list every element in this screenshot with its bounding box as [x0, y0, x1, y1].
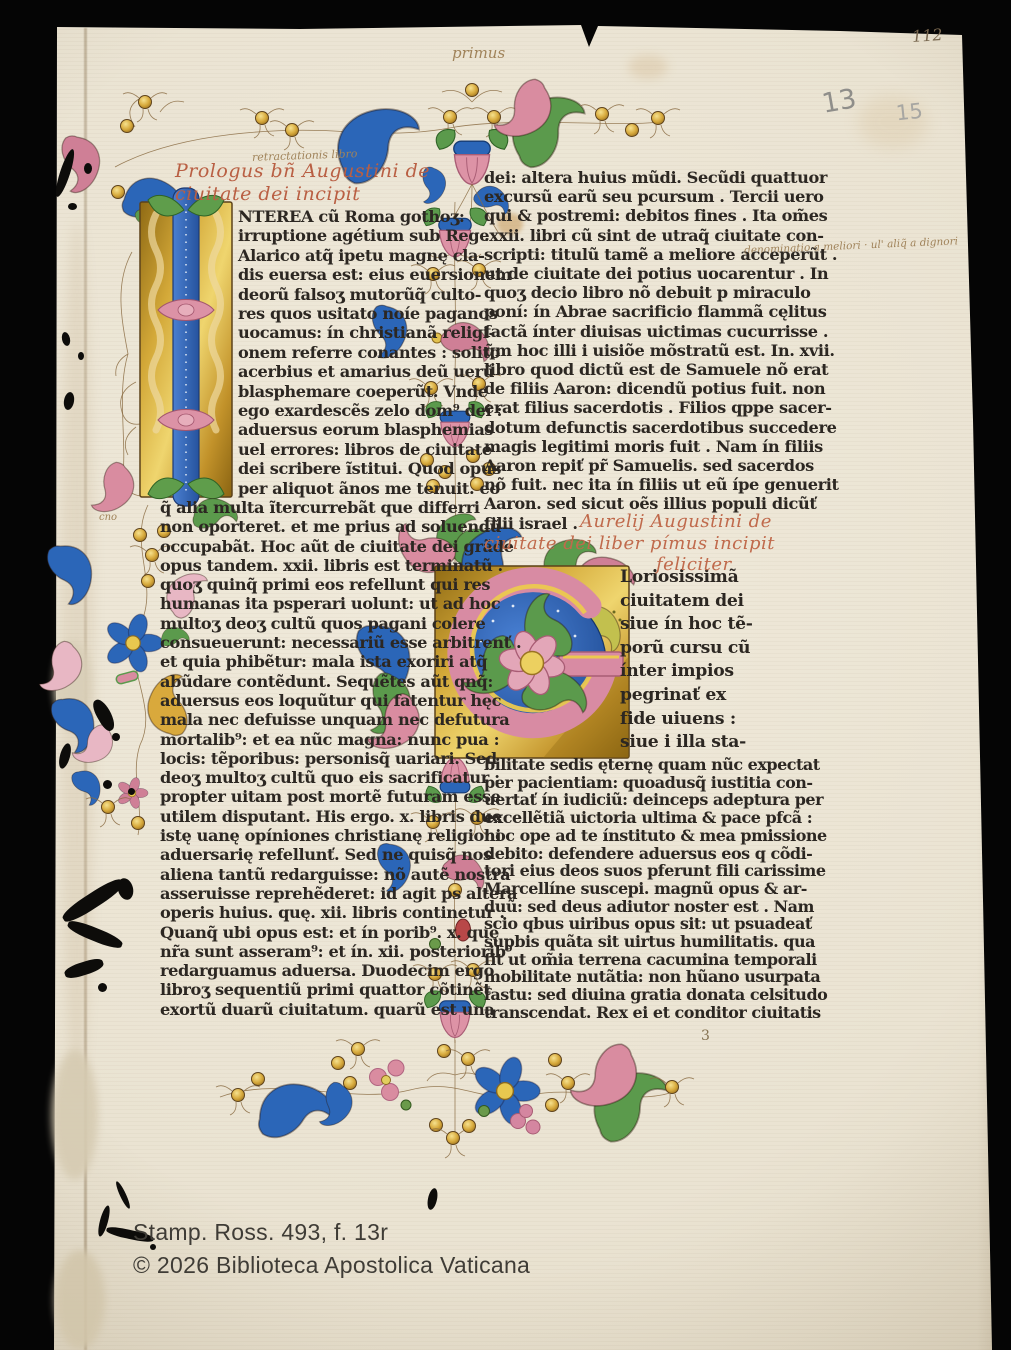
- text-line: nr̃a sunt asseram⁹: et ín. xii. posterio…: [160, 942, 444, 961]
- text-line: pegrinať ex: [620, 684, 744, 708]
- text-line: Marcellíne suscepi. magnũ opus & ar-: [484, 880, 742, 898]
- text-line: erat filius sacerdotis . Filios qppe sac…: [484, 398, 742, 417]
- text-line: ciuitate dei liber pímus incipit: [484, 533, 775, 555]
- text-line: fit ut om̃ia terrena cacumina temporali: [484, 951, 742, 969]
- text-line: excursũ earũ seu pcursum . Tercii uero: [484, 187, 742, 206]
- right-column-text-lower: bilitate sedis ęternę quam nũc expectatp…: [484, 756, 742, 1022]
- text-line: res quos usitato noíe paganos: [238, 304, 444, 323]
- right-column-rubric: Aurelij Augustini deciuitate dei liber p…: [484, 511, 775, 576]
- text-line: propter uitam post mortẽ futuram esse: [160, 787, 444, 806]
- text-line: asseruisse reprehẽderet: id agit ps alte…: [160, 884, 444, 903]
- ink-stain: [84, 163, 92, 174]
- text-line: onem referre conantes : solito: [238, 343, 444, 362]
- text-line: dei scribere ĩstitui. Quod opus: [238, 459, 444, 478]
- text-line: debito: defendere aduersus eos q cõdi-: [484, 845, 742, 863]
- text-line: nõ fuit. nec ita ín filiis ut eũ ípe gen…: [484, 475, 742, 494]
- text-line: scripti: titulũ tamẽ a meliore acceperũt…: [484, 245, 742, 264]
- text-line: q̃m hoc illi i uisiõe mõstratũ est. In. …: [484, 341, 742, 360]
- text-line: Quanq̃ ubi opus est: et ín porib⁹. x. qu…: [160, 923, 444, 942]
- text-line: ciuitatem dei: [620, 590, 744, 614]
- text-line: siue i illa sta-: [620, 731, 744, 755]
- text-line: humanas ita psperari uolunt: ut ad hoc: [160, 594, 444, 613]
- ink-stain: [68, 203, 77, 210]
- left-column-text-beside-initial: NTEREA cũ Roma gothoʒ:irruptione agétium…: [238, 207, 444, 498]
- paper-damage: [52, 1050, 98, 1180]
- text-line: hoc ope ad te ínstituto & mea pmissione: [484, 827, 742, 845]
- text-line: porũ cursu cũ: [620, 637, 744, 661]
- text-line: deoʒ multoʒ cultũ quo eis sacrificatur :: [160, 768, 444, 787]
- text-line: non oporteret. et me prius ad soluendũ: [160, 517, 444, 536]
- text-line: mobilitate nutãtia: non hũano usurpata: [484, 968, 742, 986]
- text-line: ínter impios: [620, 660, 744, 684]
- text-line: ego exardescẽs zelo dom⁹ dei :: [238, 401, 444, 420]
- text-line: feliciter: [656, 554, 775, 576]
- text-line: Aurelij Augustini de: [580, 511, 775, 533]
- text-line: libro quod dictũ est de Samuele nõ erat: [484, 360, 742, 379]
- text-line: uertať ín iudiciũ: deinceps adeptura per: [484, 791, 742, 809]
- text-line: dei: altera huius mũdi. Secũdi quattuor: [484, 168, 742, 187]
- text-line: aduersus eorum blasphemias: [238, 420, 444, 439]
- text-line: occupabãt. Hoc aũt de ciuitate dei grãde: [160, 537, 444, 556]
- folio-number-ink: 112: [911, 25, 943, 46]
- text-line: de filiis Aaron: dicendũ potius fuit. no…: [484, 379, 742, 398]
- text-line: per aliquot ãnos me tenuit. eo: [238, 479, 444, 498]
- text-line: tori eius deos suos pferunt fili carissi…: [484, 862, 742, 880]
- manuscript-photo: primus 112 13 15 retractationis libro cn…: [0, 0, 1011, 1350]
- text-line: transcendat. Rex ei et conditor ciuitati…: [484, 1004, 742, 1022]
- text-line: bilitate sedis ęternę quam nũc expectat: [484, 756, 742, 774]
- text-line: aduersus eos loquũtur qui fatentur hęc: [160, 691, 444, 710]
- text-line: uocamus: ín christianã religi-: [238, 323, 444, 342]
- text-line: magis legitimi moris fuit . Nam ín filii…: [484, 437, 742, 456]
- text-line: NTEREA cũ Roma gothoʒ:: [238, 207, 444, 226]
- text-line: factã ínter diuisas uictimas cucurrisse …: [484, 322, 742, 341]
- illuminated-initial-I: [112, 192, 240, 520]
- text-line: abũdare contẽdunt. Sequẽtes aũt qnq̃:: [160, 672, 444, 691]
- text-line: istę uanę opíniones christianę religioni: [160, 826, 444, 845]
- text-line: deorũ falsoʒ mutorũq̃ culto-: [238, 285, 444, 304]
- left-column-text: q̃ alia multa ĩtercurrebãt que differrin…: [160, 498, 444, 1019]
- running-header: primus: [452, 44, 505, 62]
- text-line: quoʒ decio libro nõ debuit p miraculo: [484, 283, 742, 302]
- text-line: per pacientiam: quoadusq̃ iustitia con-: [484, 774, 742, 792]
- text-line: opus tandem. xxii. libris est terminatũ …: [160, 556, 444, 575]
- text-line: .xxii. libri cũ sint de utraq̃ ciuitate …: [484, 226, 742, 245]
- ink-stain: [112, 733, 120, 741]
- text-line: locis: tẽporibus: personisq̃ uariari. Se…: [160, 749, 444, 768]
- paper-damage: [55, 1250, 105, 1350]
- image-caption: Stamp. Ross. 493, f. 13r © 2026 Bibliote…: [133, 1216, 530, 1282]
- left-column-rubric: Prologus bñ Augustini deciuitate dei inc…: [175, 160, 430, 206]
- text-line: aliena tantũ redarguisse: nõ autẽ nostra: [160, 865, 444, 884]
- text-line: q̃ alia multa ĩtercurrebãt que differri: [160, 498, 444, 517]
- text-line: redarguamus aduersa. Duodecim ergo: [160, 961, 444, 980]
- text-line: duũ: sed deus adiutor noster est . Nam: [484, 898, 742, 916]
- ink-stain: [128, 788, 135, 795]
- text-line: supbis quãta sit uirtus humilitatis. qua: [484, 933, 742, 951]
- text-line: excellẽtiã uictoria ultima & pace pfcã :: [484, 809, 742, 827]
- text-line: aduersarię refellunť. Sed ne quisq̃ nos: [160, 845, 444, 864]
- text-line: Alarico atq̃ ipetu magnę cla-: [238, 246, 444, 265]
- text-line: ciuitate dei incipit: [175, 183, 430, 206]
- text-line: poní: ín Abrae sacrificio flammã cęlitus: [484, 302, 742, 321]
- text-line: et quia phibẽtur: mala ista exoriri atq̃: [160, 652, 444, 671]
- text-line: utilem disputant. His ergo. x. libris du…: [160, 807, 444, 826]
- right-column-text-beside-initial: Loriosissimãciuitatem deisiue ín hoc tẽ-…: [620, 566, 744, 755]
- text-line: dis euersa est: eius euersionem: [238, 265, 444, 284]
- text-line: operis huius. quę. xii. libris continetu…: [160, 903, 444, 922]
- text-line: qui & postremi: debitos fines . Ita om̃e…: [484, 206, 742, 225]
- text-line: fastu: sed diuina gratia donata celsitud…: [484, 986, 742, 1004]
- folio-number-pencil: 13: [820, 83, 859, 119]
- ink-stain: [98, 983, 107, 992]
- copyright-label: © 2026 Biblioteca Apostolica Vaticana: [133, 1249, 530, 1282]
- text-line: ut de ciuitate dei potius uocarentur . I…: [484, 264, 742, 283]
- text-line: blasphemare coeperũt. Vnde: [238, 382, 444, 401]
- quire-signature: 3: [701, 1028, 710, 1044]
- text-line: dotum defunctis sacerdotibus succedere: [484, 418, 742, 437]
- text-line: mala nec defuisse unquam nec defutura: [160, 710, 444, 729]
- text-line: consueuerunt: necessariũ esse arbitrenť …: [160, 633, 444, 652]
- text-line: fide uiuens :: [620, 708, 744, 732]
- marginal-note-left: cno: [99, 512, 117, 523]
- folio-number-pencil-alt: 15: [895, 99, 924, 126]
- right-column-text-upper: dei: altera huius mũdi. Secũdi quattuore…: [484, 168, 742, 533]
- text-line: multoʒ deoʒ cultũ quos pagani colere: [160, 614, 444, 633]
- text-line: exortũ duarũ ciuitatum. quarũ est una: [160, 1000, 444, 1019]
- text-line: irruptione agétium sub Rege: [238, 226, 444, 245]
- shelfmark-label: Stamp. Ross. 493, f. 13r: [133, 1216, 530, 1249]
- text-line: Aaron repiť pr̃ Samuelis. sed sacerdos: [484, 456, 742, 475]
- bottom-border-illumination: [200, 1035, 700, 1145]
- text-line: quoʒ quinq̃ primi eos refellunt qui res: [160, 575, 444, 594]
- ink-stain: [78, 352, 84, 360]
- text-line: mortalib⁹: et ea nũc magna: nunc pua :: [160, 730, 444, 749]
- text-line: scio qbus uiribus opus sit: ut psuadeať: [484, 915, 742, 933]
- ink-stain: [103, 780, 112, 789]
- text-line: acerbius et amarius deũ uerũ: [238, 362, 444, 381]
- text-line: Prologus bñ Augustini de: [175, 160, 430, 183]
- text-line: libroʒ sequentiũ primi quattor cõtinẽt: [160, 980, 444, 999]
- text-line: uel errores: libros de ciuitate: [238, 440, 444, 459]
- text-line: siue ín hoc tẽ-: [620, 613, 744, 637]
